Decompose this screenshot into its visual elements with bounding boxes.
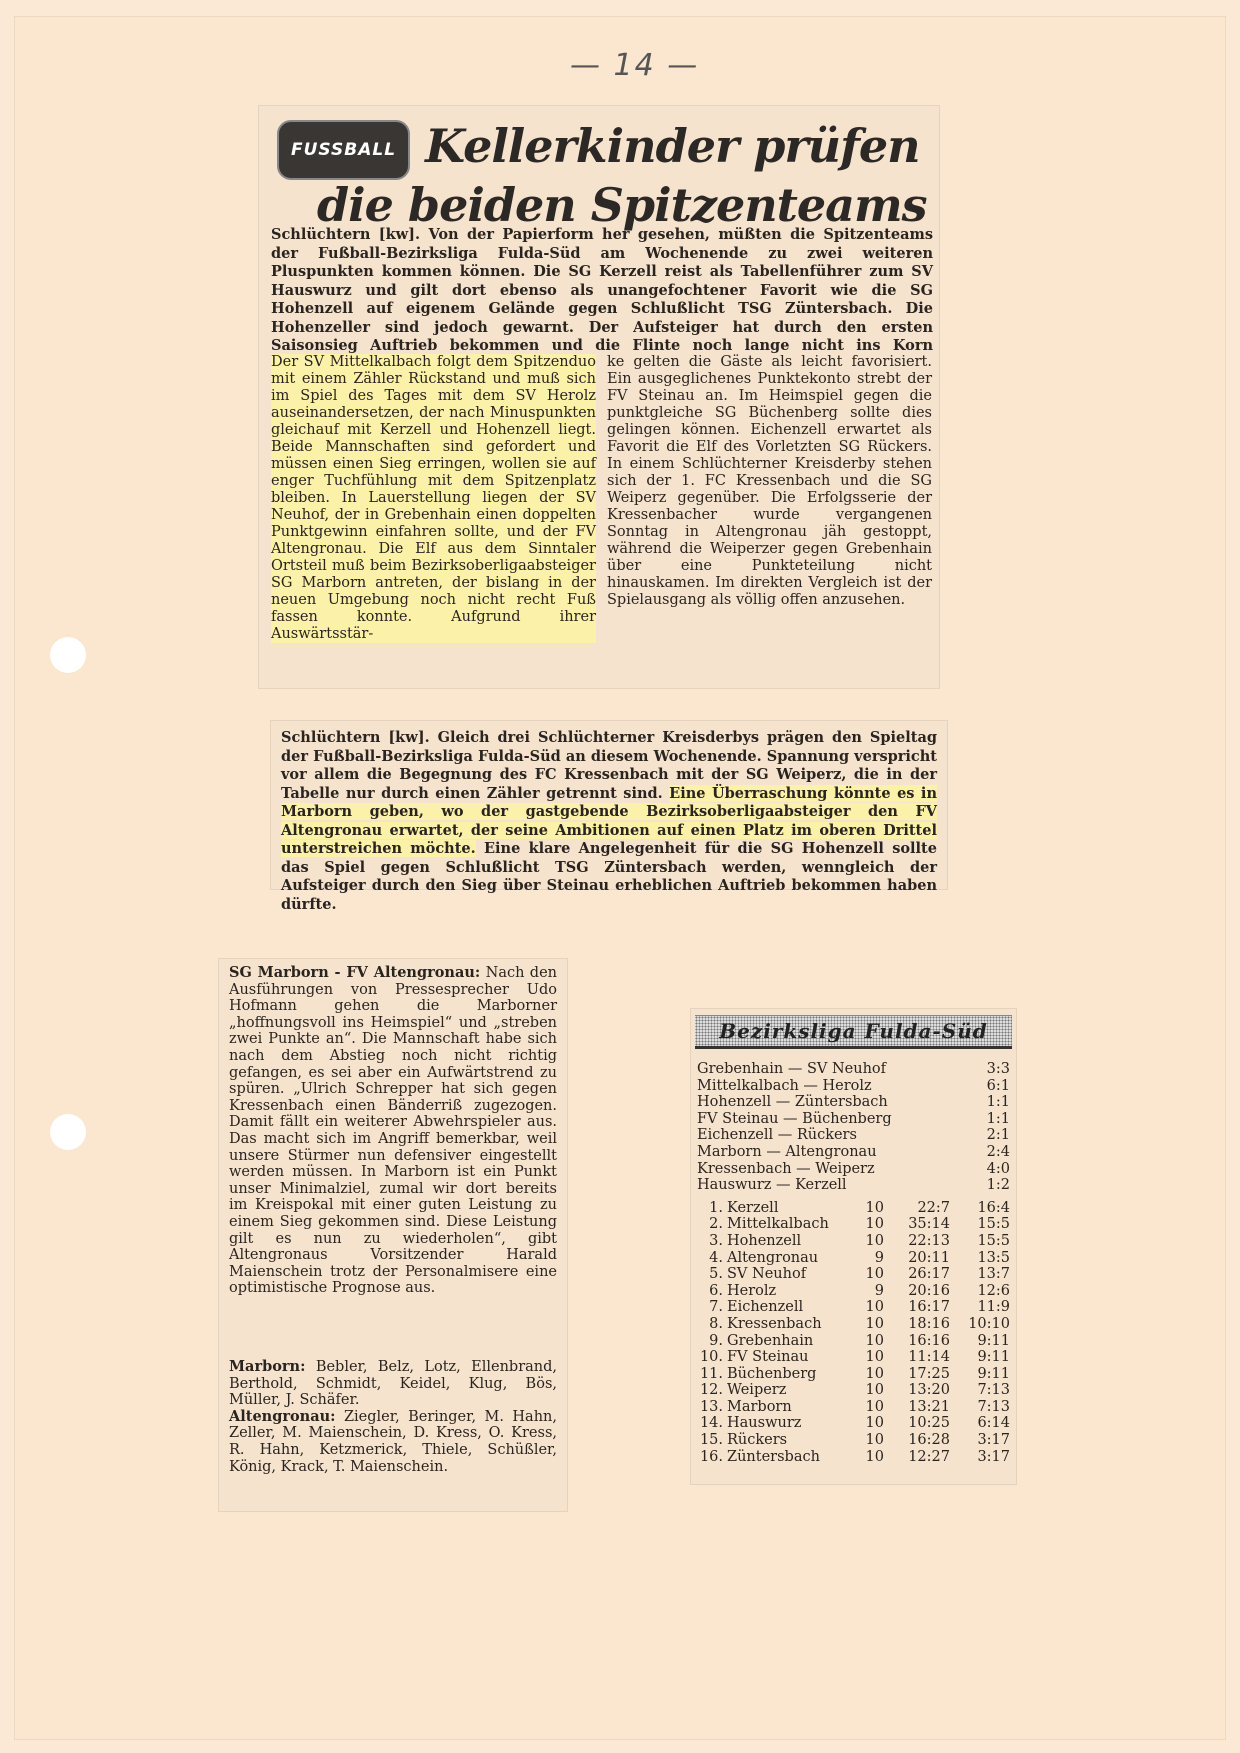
result-score: 3:3 (960, 1061, 1010, 1078)
result-row: Hohenzell — Züntersbach 1:1 (697, 1094, 1010, 1111)
article-3-clipping: SG Marborn - FV Altengronau: Nach den Au… (218, 958, 568, 1512)
headline-text-1: Kellerkinder prüfen (425, 119, 920, 173)
standings-points: 15:5 (950, 1233, 1010, 1250)
standings-position: 12. (697, 1382, 727, 1399)
standings-row: 4. Altengronau 9 20:11 13:5 (697, 1250, 1010, 1267)
standings-team: SV Neuhof (727, 1266, 844, 1283)
standings-points: 3:17 (950, 1449, 1010, 1466)
article-1-header: FUSSBALL Kellerkinder prüfen die beiden … (277, 120, 927, 230)
standings-position: 9. (697, 1333, 727, 1350)
standings-row: 14. Hauswurz 10 10:25 6:14 (697, 1415, 1010, 1432)
standings-row: 5. SV Neuhof 10 26:17 13:7 (697, 1266, 1010, 1283)
result-match: Hauswurz — Kerzell (697, 1177, 960, 1194)
standings-goals: 17:25 (884, 1366, 950, 1383)
league-table-clipping: Bezirksliga Fulda-Süd Grebenhain — SV Ne… (690, 1008, 1017, 1485)
standings-points: 15:5 (950, 1216, 1010, 1233)
result-score: 1:1 (960, 1111, 1010, 1128)
result-match: Mittelkalbach — Herolz (697, 1078, 960, 1095)
standings-table: 1. Kerzell 10 22:7 16:42. Mittelkalbach … (697, 1200, 1010, 1466)
result-row: Eichenzell — Rückers 2:1 (697, 1127, 1010, 1144)
standings-position: 14. (697, 1415, 727, 1432)
standings-goals: 16:16 (884, 1333, 950, 1350)
standings-row: 6. Herolz 9 20:16 12:6 (697, 1283, 1010, 1300)
result-match: Marborn — Altengronau (697, 1144, 960, 1161)
standings-position: 10. (697, 1349, 727, 1366)
standings-team: Kressenbach (727, 1316, 844, 1333)
standings-points: 11:9 (950, 1299, 1010, 1316)
article-1-clipping: FUSSBALL Kellerkinder prüfen die beiden … (258, 105, 940, 689)
standings-row: 7. Eichenzell 10 16:17 11:9 (697, 1299, 1010, 1316)
standings-position: 1. (697, 1200, 727, 1217)
standings-points: 9:11 (950, 1366, 1010, 1383)
article-3-title: SG Marborn - FV Altengronau: (229, 964, 480, 981)
punch-hole-bottom (50, 1114, 86, 1150)
standings-points: 13:7 (950, 1266, 1010, 1283)
standings-position: 3. (697, 1233, 727, 1250)
standings-points: 9:11 (950, 1349, 1010, 1366)
standings-games: 9 (844, 1250, 884, 1267)
standings-goals: 10:25 (884, 1415, 950, 1432)
standings-points: 6:14 (950, 1415, 1010, 1432)
result-row: Hauswurz — Kerzell 1:2 (697, 1177, 1010, 1194)
standings-games: 10 (844, 1432, 884, 1449)
standings-points: 9:11 (950, 1333, 1010, 1350)
standings-position: 8. (697, 1316, 727, 1333)
standings-goals: 35:14 (884, 1216, 950, 1233)
result-match: Eichenzell — Rückers (697, 1127, 960, 1144)
standings-goals: 13:21 (884, 1399, 950, 1416)
standings-row: 8. Kressenbach 10 18:16 10:10 (697, 1316, 1010, 1333)
result-score: 2:4 (960, 1144, 1010, 1161)
result-match: Grebenhain — SV Neuhof (697, 1061, 960, 1078)
standings-goals: 16:28 (884, 1432, 950, 1449)
result-row: Kressenbach — Weiperz 4:0 (697, 1161, 1010, 1178)
standings-goals: 20:11 (884, 1250, 950, 1267)
standings-points: 10:10 (950, 1316, 1010, 1333)
standings-team: Marborn (727, 1399, 844, 1416)
league-table-title: Bezirksliga Fulda-Süd (695, 1015, 1012, 1049)
standings-games: 10 (844, 1399, 884, 1416)
standings-position: 6. (697, 1283, 727, 1300)
standings-games: 10 (844, 1316, 884, 1333)
standings-row: 12. Weiperz 10 13:20 7:13 (697, 1382, 1010, 1399)
article-1-lead: Schlüchtern [kw]. Von der Papierform her… (271, 226, 933, 374)
standings-team: Grebenhain (727, 1333, 844, 1350)
result-score: 6:1 (960, 1078, 1010, 1095)
result-score: 1:1 (960, 1094, 1010, 1111)
standings-games: 10 (844, 1382, 884, 1399)
standings-goals: 22:13 (884, 1233, 950, 1250)
standings-team: Herolz (727, 1283, 844, 1300)
standings-games: 9 (844, 1283, 884, 1300)
standings-games: 10 (844, 1200, 884, 1217)
standings-team: Hohenzell (727, 1233, 844, 1250)
standings-games: 10 (844, 1415, 884, 1432)
page-number: — 14 — (570, 48, 699, 83)
result-score: 4:0 (960, 1161, 1010, 1178)
result-match: FV Steinau — Büchenberg (697, 1111, 960, 1128)
lineup-altengronau: Altengronau: Ziegler, Beringer, M. Hahn,… (229, 1409, 557, 1475)
standings-goals: 11:14 (884, 1349, 950, 1366)
standings-games: 10 (844, 1233, 884, 1250)
standings-team: Altengronau (727, 1250, 844, 1267)
standings-team: Züntersbach (727, 1449, 844, 1466)
standings-row: 3. Hohenzell 10 22:13 15:5 (697, 1233, 1010, 1250)
result-score: 1:2 (960, 1177, 1010, 1194)
standings-row: 10. FV Steinau 10 11:14 9:11 (697, 1349, 1010, 1366)
standings-goals: 13:20 (884, 1382, 950, 1399)
standings-team: FV Steinau (727, 1349, 844, 1366)
result-row: Mittelkalbach — Herolz 6:1 (697, 1078, 1010, 1095)
headline-line-1: FUSSBALL Kellerkinder prüfen (277, 120, 927, 180)
result-match: Kressenbach — Weiperz (697, 1161, 960, 1178)
standings-team: Hauswurz (727, 1415, 844, 1432)
headline-line-2: die beiden Spitzenteams (277, 180, 927, 230)
standings-position: 2. (697, 1216, 727, 1233)
standings-games: 10 (844, 1266, 884, 1283)
category-badge: FUSSBALL (277, 120, 410, 180)
punch-hole-top (50, 637, 86, 673)
standings-games: 10 (844, 1366, 884, 1383)
standings-row: 11. Büchenberg 10 17:25 9:11 (697, 1366, 1010, 1383)
standings-row: 2. Mittelkalbach 10 35:14 15:5 (697, 1216, 1010, 1233)
standings-team: Weiperz (727, 1382, 844, 1399)
standings-goals: 18:16 (884, 1316, 950, 1333)
standings-points: 3:17 (950, 1432, 1010, 1449)
standings-position: 13. (697, 1399, 727, 1416)
lineups: Marborn: Bebler, Belz, Lotz, Ellenbrand,… (229, 1359, 557, 1475)
article-3-body: Nach den Ausführungen von Pressesprecher… (229, 965, 557, 1296)
article-2-lead: Schlüchtern [kw]. Gleich drei Schlüchter… (281, 729, 937, 914)
standings-team: Eichenzell (727, 1299, 844, 1316)
standings-points: 12:6 (950, 1283, 1010, 1300)
standings-team: Kerzell (727, 1200, 844, 1217)
result-row: Marborn — Altengronau 2:4 (697, 1144, 1010, 1161)
standings-games: 10 (844, 1216, 884, 1233)
standings-points: 7:13 (950, 1382, 1010, 1399)
standings-goals: 22:7 (884, 1200, 950, 1217)
article-1-column-left: Der SV Mittelkalbach folgt dem Spitzendu… (271, 354, 596, 643)
standings-row: 15. Rückers 10 16:28 3:17 (697, 1432, 1010, 1449)
standings-position: 4. (697, 1250, 727, 1267)
standings-row: 9. Grebenhain 10 16:16 9:11 (697, 1333, 1010, 1350)
standings-goals: 26:17 (884, 1266, 950, 1283)
lineup-marborn: Marborn: Bebler, Belz, Lotz, Ellenbrand,… (229, 1359, 557, 1409)
standings-row: 1. Kerzell 10 22:7 16:4 (697, 1200, 1010, 1217)
standings-row: 16. Züntersbach 10 12:27 3:17 (697, 1449, 1010, 1466)
standings-games: 10 (844, 1299, 884, 1316)
result-score: 2:1 (960, 1127, 1010, 1144)
standings-points: 13:5 (950, 1250, 1010, 1267)
standings-team: Mittelkalbach (727, 1216, 844, 1233)
standings-team: Büchenberg (727, 1366, 844, 1383)
standings-position: 16. (697, 1449, 727, 1466)
standings-goals: 12:27 (884, 1449, 950, 1466)
lineup-marborn-label: Marborn: (229, 1358, 305, 1375)
article-1-column-right: ke gelten die Gäste als leicht favorisie… (607, 354, 932, 609)
article-3-body-block: SG Marborn - FV Altengronau: Nach den Au… (229, 965, 557, 1297)
result-row: FV Steinau — Büchenberg 1:1 (697, 1111, 1010, 1128)
standings-goals: 16:17 (884, 1299, 950, 1316)
standings-points: 7:13 (950, 1399, 1010, 1416)
standings-position: 11. (697, 1366, 727, 1383)
standings-goals: 20:16 (884, 1283, 950, 1300)
standings-points: 16:4 (950, 1200, 1010, 1217)
standings-games: 10 (844, 1333, 884, 1350)
result-row: Grebenhain — SV Neuhof 3:3 (697, 1061, 1010, 1078)
article-2-clipping: Schlüchtern [kw]. Gleich drei Schlüchter… (270, 720, 948, 890)
standings-position: 15. (697, 1432, 727, 1449)
standings-games: 10 (844, 1349, 884, 1366)
standings-games: 10 (844, 1449, 884, 1466)
lineup-altengronau-label: Altengronau: (229, 1408, 336, 1425)
results-list: Grebenhain — SV Neuhof 3:3Mittelkalbach … (697, 1061, 1010, 1194)
standings-row: 13. Marborn 10 13:21 7:13 (697, 1399, 1010, 1416)
standings-team: Rückers (727, 1432, 844, 1449)
standings-position: 7. (697, 1299, 727, 1316)
result-match: Hohenzell — Züntersbach (697, 1094, 960, 1111)
standings-position: 5. (697, 1266, 727, 1283)
